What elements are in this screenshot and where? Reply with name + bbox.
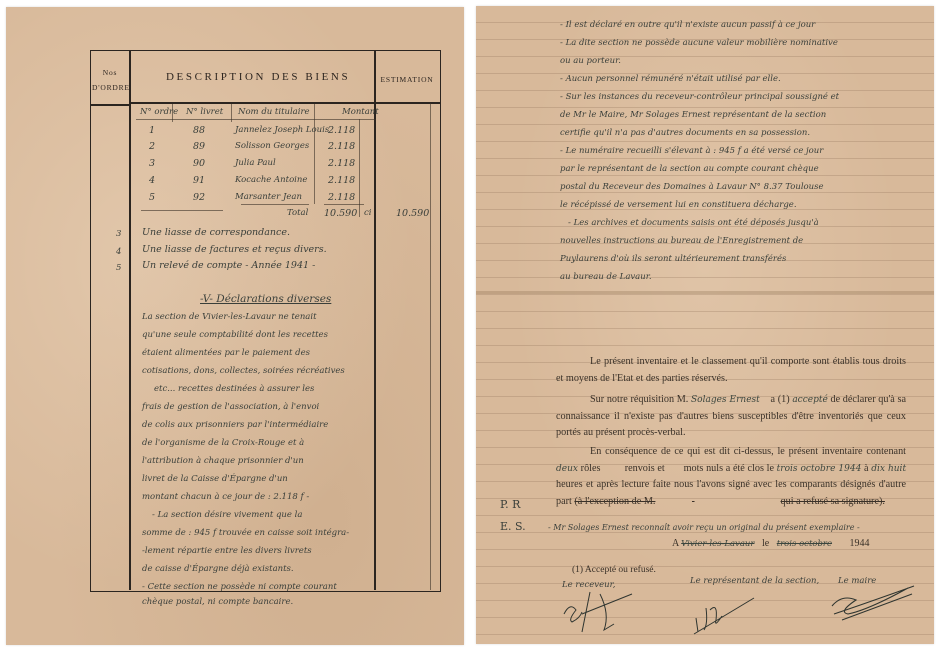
item-text: Un relevé de compte - Année 1941 - [142,260,315,271]
row-titulaire: Julia Paul [235,158,276,168]
row-livret: 90 [193,158,205,169]
printed-paragraph-reserve: Le présent inventaire et le classement q… [556,354,906,387]
inner-header-ordre: N° ordre [140,107,178,117]
text-line: de l'organisme de la Croix-Rouge et à [142,438,304,448]
margin-initials-es: E. S. [500,520,526,533]
row-montant: 2.118 [328,125,355,136]
text-line: qu'une seule comptabilité dont les recet… [142,330,328,340]
text-line: postal du Receveur des Domaines à Lavaur… [560,182,824,192]
text-line: - La dite section ne possède aucune vale… [560,38,838,48]
reserve-text: Le présent inventaire et le classement q… [556,356,906,384]
row-livret: 91 [193,175,205,186]
printed-paragraph-closing: En conséquence de ce qui est dit ci-dess… [556,444,906,510]
text-line: - Cette section ne possède ni compte cou… [142,582,337,592]
section-title: -V- Déclarations diverses [200,293,331,305]
text-line: de caisse d'Épargne déjà existants. [142,564,294,574]
header-bottom-rule [90,104,130,106]
row-titulaire: Kocache Antoine [235,175,307,185]
row-montant: 2.118 [328,158,355,169]
text-line: par le représentant de la section au com… [560,164,819,174]
place-date-line: A Vivier-les-Lavaur le trois octobre 194… [672,538,870,549]
text-line: Puylaurens d'où ils seront ultérieuremen… [560,254,786,264]
total-suffix: ci [364,208,371,218]
inner-header-livret: N° livret [186,107,223,117]
place-name: Vivier-les-Lavaur [681,539,754,549]
item-text: Une liasse de factures et reçus divers. [142,244,327,255]
left-page: Nos D'ORDRE DESCRIPTION DES BIENS ESTIMA… [6,7,464,645]
text-line: frais de gestion de l'association, à l'e… [142,402,319,412]
col-num-sublabel: D'ORDRE [92,83,128,92]
row-ordre: 1 [149,125,155,136]
row-livret: 92 [193,192,205,203]
closing-hour: dix huit [871,464,906,474]
text-line: cotisations, dons, collectes, soirées ré… [142,366,345,376]
paper-fold [476,291,934,294]
closing-text: En conséquence de ce qui est dit ci-dess… [590,446,906,457]
text-line: etc... recettes destinées à assurer les [154,384,314,394]
text-line: de colis aux prisonniers par l'intermédi… [142,420,328,430]
closing-roles-count: deux [556,464,578,474]
date-le: le [762,538,769,549]
text-line: nouvelles instructions au bureau de l'En… [560,236,803,246]
closing-date: trois octobre 1944 [777,464,862,474]
row-livret: 89 [193,141,205,152]
printed-paragraph-requisition: Sur notre réquisition M. Solages Ernest … [556,392,906,442]
signature-label-representant: Le représentant de la section, [690,576,819,586]
inner-header-titulaire: Nom du titulaire [238,107,310,117]
col-estimation-header: ESTIMATION [376,75,438,84]
row-montant: 2.118 [328,141,355,152]
struck-exception-end: qui a refusé sa signature). [781,496,885,507]
closing-text: renvois et [625,463,665,474]
text-line: l'attribution à chaque prisonnier d'un [142,456,304,466]
item-num: 4 [116,247,121,257]
requisition-footnote-ref: a (1) [771,394,790,405]
col-num-label: Nos [92,68,128,77]
inner-col-3 [314,104,315,204]
text-line: étaient alimentées par le paiement des [142,348,310,358]
footnote: (1) Accepté ou refusé. [572,565,656,575]
text-line: de Mr le Maire, Mr Solages Ernest représ… [560,110,826,120]
text-line: -lement répartie entre les divers livret… [142,546,312,556]
signature-receveur-icon [560,584,660,644]
row-montant: 2.118 [328,192,355,203]
inner-rows-underline [141,210,223,211]
estimation-cents-divider [430,103,431,590]
text-line: livret de la Caisse d'Épargne d'un [142,474,288,484]
row-ordre: 4 [149,175,155,186]
item-text: Une liasse de correspondance. [142,227,290,238]
row-montant: 2.118 [328,175,355,186]
text-line: - La section désire vivement que la [152,510,302,520]
text-line: chèque postal, ni compte bancaire. [142,597,293,607]
text-line: La section de Vivier-les-Lavaur ne tenai… [142,312,317,322]
requisition-name: Solages Ernest [691,395,760,405]
date-hand: trois octobre [777,539,832,549]
row-titulaire: Marsanter Jean [235,192,302,202]
inner-col-4 [359,119,360,217]
inner-header-montant: Montant [342,107,379,117]
item-num: 3 [116,229,121,239]
text-line: ou au porteur. [560,56,621,66]
signature-maire-icon [822,576,922,626]
text-line: - Aucun personnel rémunéré n'était utili… [560,74,781,84]
row-titulaire: Jannelez Joseph Louis [235,125,329,135]
col-divider-num [129,50,131,590]
text-line: - Les archives et documents saisis ont é… [568,218,819,228]
closing-text: à [864,463,869,474]
total-value: 10.590 [324,208,357,219]
requisition-choice: accepté [792,395,827,405]
text-line: - Sur les instances du receveur-contrôle… [560,92,839,102]
total-label: Total [287,208,308,218]
row-livret: 88 [193,125,205,136]
closing-text: rôles [581,463,601,474]
header-bottom-rule-desc [129,102,375,104]
text-line: certifie qu'il n'a pas d'autres document… [560,128,810,138]
closing-text: mots nuls a été clos le [684,463,774,474]
inner-col-2 [231,104,232,122]
inner-total-rule [324,204,364,205]
struck-exception: (à l'exception de M. [574,496,655,507]
inner-names-underline [241,204,309,205]
text-line: somme de : 945 f trouvée en caisse soit … [142,528,349,538]
text-line: montant chacun à ce jour de : 2.118 f - [142,492,309,502]
signature-representant-icon [690,588,770,638]
date-year: 1944 [850,538,870,549]
row-ordre: 5 [149,192,155,203]
right-page: - Il est déclaré en outre qu'il n'existe… [476,6,934,644]
place-prefix: A [672,538,679,549]
col-num-header: Nos D'ORDRE [92,68,128,92]
text-line: au bureau de Lavaur. [560,272,652,282]
text-line: - Le numéraire recueilli s'élevant à : 9… [560,146,823,156]
row-ordre: 2 [149,141,155,152]
row-titulaire: Solisson Georges [235,141,309,151]
item-num: 5 [116,263,121,273]
margin-initials-pr: P. R [500,498,520,511]
struck-line [658,494,778,511]
text-line: le récépissé de versement lui en constit… [560,200,797,210]
receipt-note: - Mr Solages Ernest reconnaît avoir reçu… [548,523,860,532]
col-description-header: DESCRIPTION DES BIENS [166,71,350,83]
requisition-text: Sur notre réquisition M. [590,394,688,405]
estimation-value: 10.590 [396,208,429,219]
col-divider-estimation [374,50,376,590]
row-ordre: 3 [149,158,155,169]
text-line: - Il est déclaré en outre qu'il n'existe… [560,20,815,30]
